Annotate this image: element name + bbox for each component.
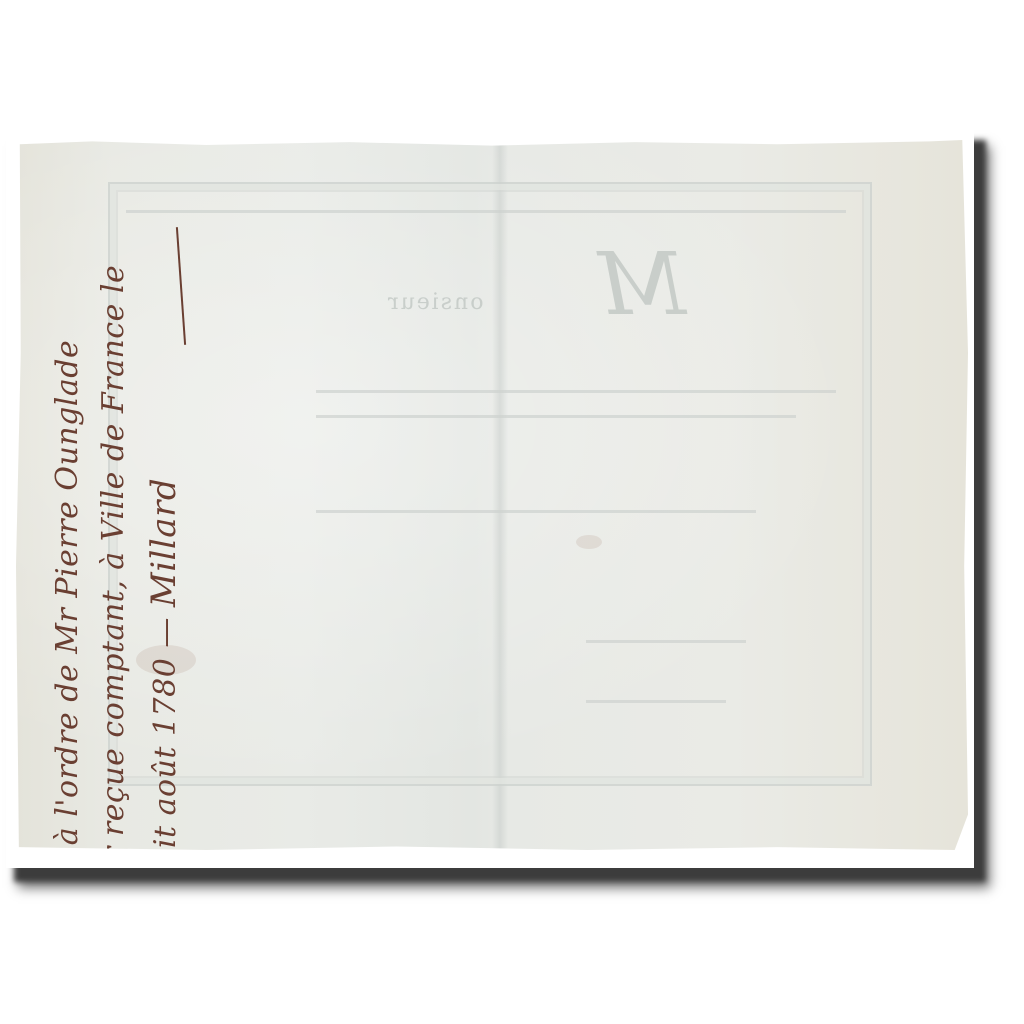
ink-spot (576, 535, 602, 549)
signature-flourish (176, 227, 186, 345)
show-through-line (586, 700, 726, 703)
show-through-line (316, 390, 836, 393)
endorsement: Payez à l'ordre de Mr Pierre Ounglade va… (46, 225, 196, 945)
endorsement-date: dix huit août 1780 — (148, 617, 183, 945)
document-sheet: M onsieur Payez à l'ordre de Mr Pierre O… (16, 140, 968, 850)
show-through-line (316, 415, 796, 418)
show-through-initial: M (596, 235, 686, 335)
show-through-border (108, 182, 872, 786)
show-through-line (316, 510, 756, 513)
show-through-word: onsieur (386, 290, 483, 315)
endorsement-line-2: valeur reçue comptant, à Ville de France… (96, 265, 131, 945)
show-through-line (126, 210, 846, 213)
show-through-line (586, 640, 746, 643)
signature: Millard (144, 478, 184, 607)
